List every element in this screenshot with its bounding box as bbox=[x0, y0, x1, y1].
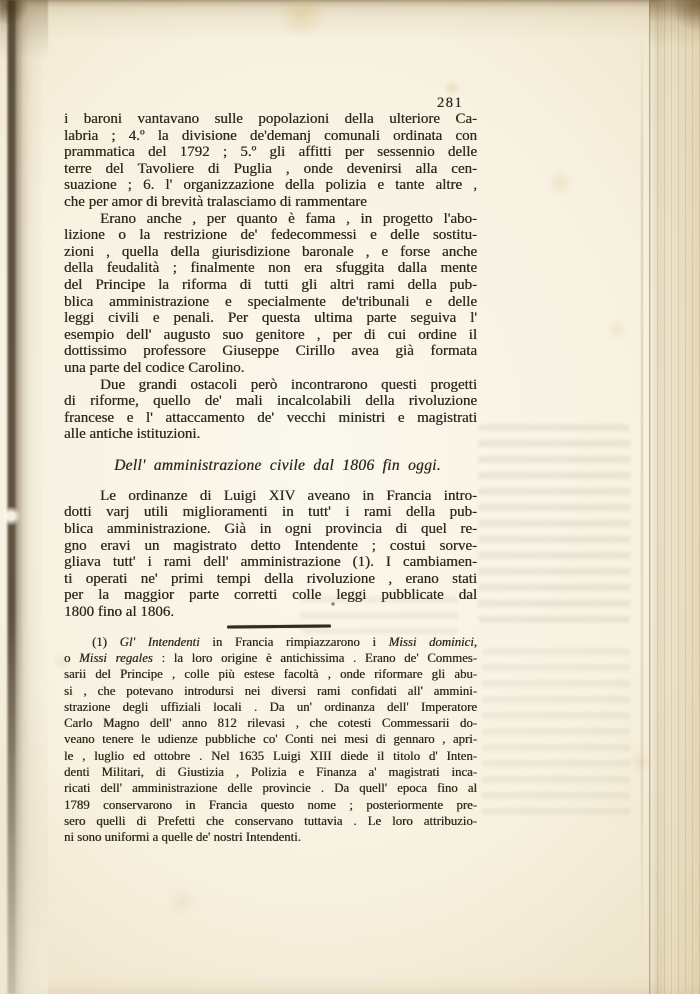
text-line: dottissimo professore Giuseppe Cirillo a… bbox=[64, 343, 477, 360]
paper-crease bbox=[641, 30, 643, 960]
text-line: gliava tutt' i rami dell' amministrazion… bbox=[64, 554, 477, 571]
text-line: alle antiche istituzioni. bbox=[64, 426, 477, 443]
text-line: Erano anche , per quanto è fama , in pro… bbox=[64, 211, 477, 228]
text-line: una parte del codice Carolino. bbox=[64, 360, 477, 377]
text-segment: (1) bbox=[92, 635, 120, 649]
text-line: lizione o la restrizione de' fedecommess… bbox=[64, 227, 477, 244]
text-line: Due grandi ostacoli però incontrarono qu… bbox=[64, 377, 477, 394]
page-number: 281 bbox=[428, 95, 472, 112]
text-line: labria ; 4.º la divisione de'demanj comu… bbox=[64, 128, 477, 145]
text-line: veano tenere le udienze pubbliche co' Co… bbox=[64, 731, 477, 747]
text-line: le , luglio ed ottobre . Nel 1635 Luigi … bbox=[64, 748, 477, 764]
section-heading: Dell' amministrazione civile dal 1806 fi… bbox=[64, 457, 477, 475]
text-segment: : la loro origine è antichissima . Erano… bbox=[153, 651, 477, 665]
paragraph: Erano anche , per quanto è fama , in pro… bbox=[64, 211, 477, 377]
text-line: blica amministrazione. Già in ogni provi… bbox=[64, 521, 477, 538]
text-line: gno eravi un magistrato detto Intendente… bbox=[64, 538, 477, 555]
book-gutter-shadow bbox=[0, 0, 48, 994]
italic-text: Gl' Intendenti bbox=[120, 635, 200, 649]
italic-text: Missi regales bbox=[79, 651, 153, 665]
footnote: (1) Gl' Intendenti in Francia rimpiazzar… bbox=[64, 634, 477, 846]
text-line: esempio dell' augusto suo genitore , per… bbox=[64, 327, 477, 344]
text-line: ni sono uniformi a quelle de' nostri Int… bbox=[64, 829, 477, 845]
text-line: si , che potevano introdursi nei diversi… bbox=[64, 683, 477, 699]
italic-text: Missi dominici bbox=[389, 635, 474, 649]
text-line: (1) Gl' Intendenti in Francia rimpiazzar… bbox=[64, 634, 477, 650]
text-line: Le ordinanze di Luigi XIV aveano in Fran… bbox=[64, 488, 477, 505]
book-fore-edge bbox=[649, 0, 700, 994]
text-line: i baroni vantavano sulle popolazioni del… bbox=[64, 111, 477, 128]
text-line: blica amministrazione e specialmente de'… bbox=[64, 294, 477, 311]
ink-bleed-through bbox=[478, 424, 630, 624]
text-line: di riforme, quello de' mali incalcolabil… bbox=[64, 393, 477, 410]
text-line: o Missi regales : la loro origine è anti… bbox=[64, 650, 477, 666]
text-line: che per amor di brevità tralasciamo di r… bbox=[64, 194, 477, 211]
paragraph: i baroni vantavano sulle popolazioni del… bbox=[64, 111, 477, 211]
paragraph: Le ordinanze di Luigi XIV aveano in Fran… bbox=[64, 488, 477, 621]
text-line: terre del Tavoliere di Puglia , onde dev… bbox=[64, 161, 477, 178]
text-line: strazione degli uffiziali locali . Da un… bbox=[64, 699, 477, 715]
text-segment: , bbox=[474, 635, 477, 649]
text-line: ricati dell' amministrazione delle provi… bbox=[64, 780, 477, 796]
text-column: i baroni vantavano sulle popolazioni del… bbox=[64, 111, 477, 845]
text-line: dotti varj utili miglioramenti in tutt' … bbox=[64, 504, 477, 521]
text-line: del Principe la riforma di tutti gli alt… bbox=[64, 277, 477, 294]
text-line: suazione ; 6. l' organizzazione della po… bbox=[64, 177, 477, 194]
page-top-edge bbox=[0, 0, 700, 40]
text-line: 1789 conservarono in Francia questo nome… bbox=[64, 797, 477, 813]
book-page-scan: 281 i baroni vantavano sulle popolazioni… bbox=[0, 0, 700, 994]
text-line: zioni , quella della giurisdizione baron… bbox=[64, 244, 477, 261]
text-line: Carlo Magno dell' anno 812 rilevasi , ch… bbox=[64, 715, 477, 731]
text-line: della feudalità ; finalmente non era sfu… bbox=[64, 260, 477, 277]
text-segment: o bbox=[64, 651, 79, 665]
text-line: sero quelli di Prefetti che conservano t… bbox=[64, 813, 477, 829]
text-line: sarii del Principe , colle più estese fa… bbox=[64, 666, 477, 682]
text-line: 1800 fino al 1806. bbox=[64, 604, 477, 621]
text-line: denti Militari, di Giustizia , Polizia e… bbox=[64, 764, 477, 780]
text-line: prammatica del 1792 ; 5.º gli affitti pe… bbox=[64, 144, 477, 161]
text-line: leggi civili e penali. Per questa ultima… bbox=[64, 310, 477, 327]
text-line: ti operati ne' primi tempi della rivoluz… bbox=[64, 571, 477, 588]
footnote-separator-rule bbox=[227, 624, 331, 628]
page-bottom-edge bbox=[0, 974, 700, 994]
ink-bleed-through bbox=[482, 648, 630, 818]
paragraph: Due grandi ostacoli però incontrarono qu… bbox=[64, 377, 477, 443]
text-line: francese e l' attaccamento de' vecchi mi… bbox=[64, 410, 477, 427]
text-segment: in Francia rimpiazzarono i bbox=[200, 635, 389, 649]
text-line: per la maggior parte corretti colle legg… bbox=[64, 587, 477, 604]
